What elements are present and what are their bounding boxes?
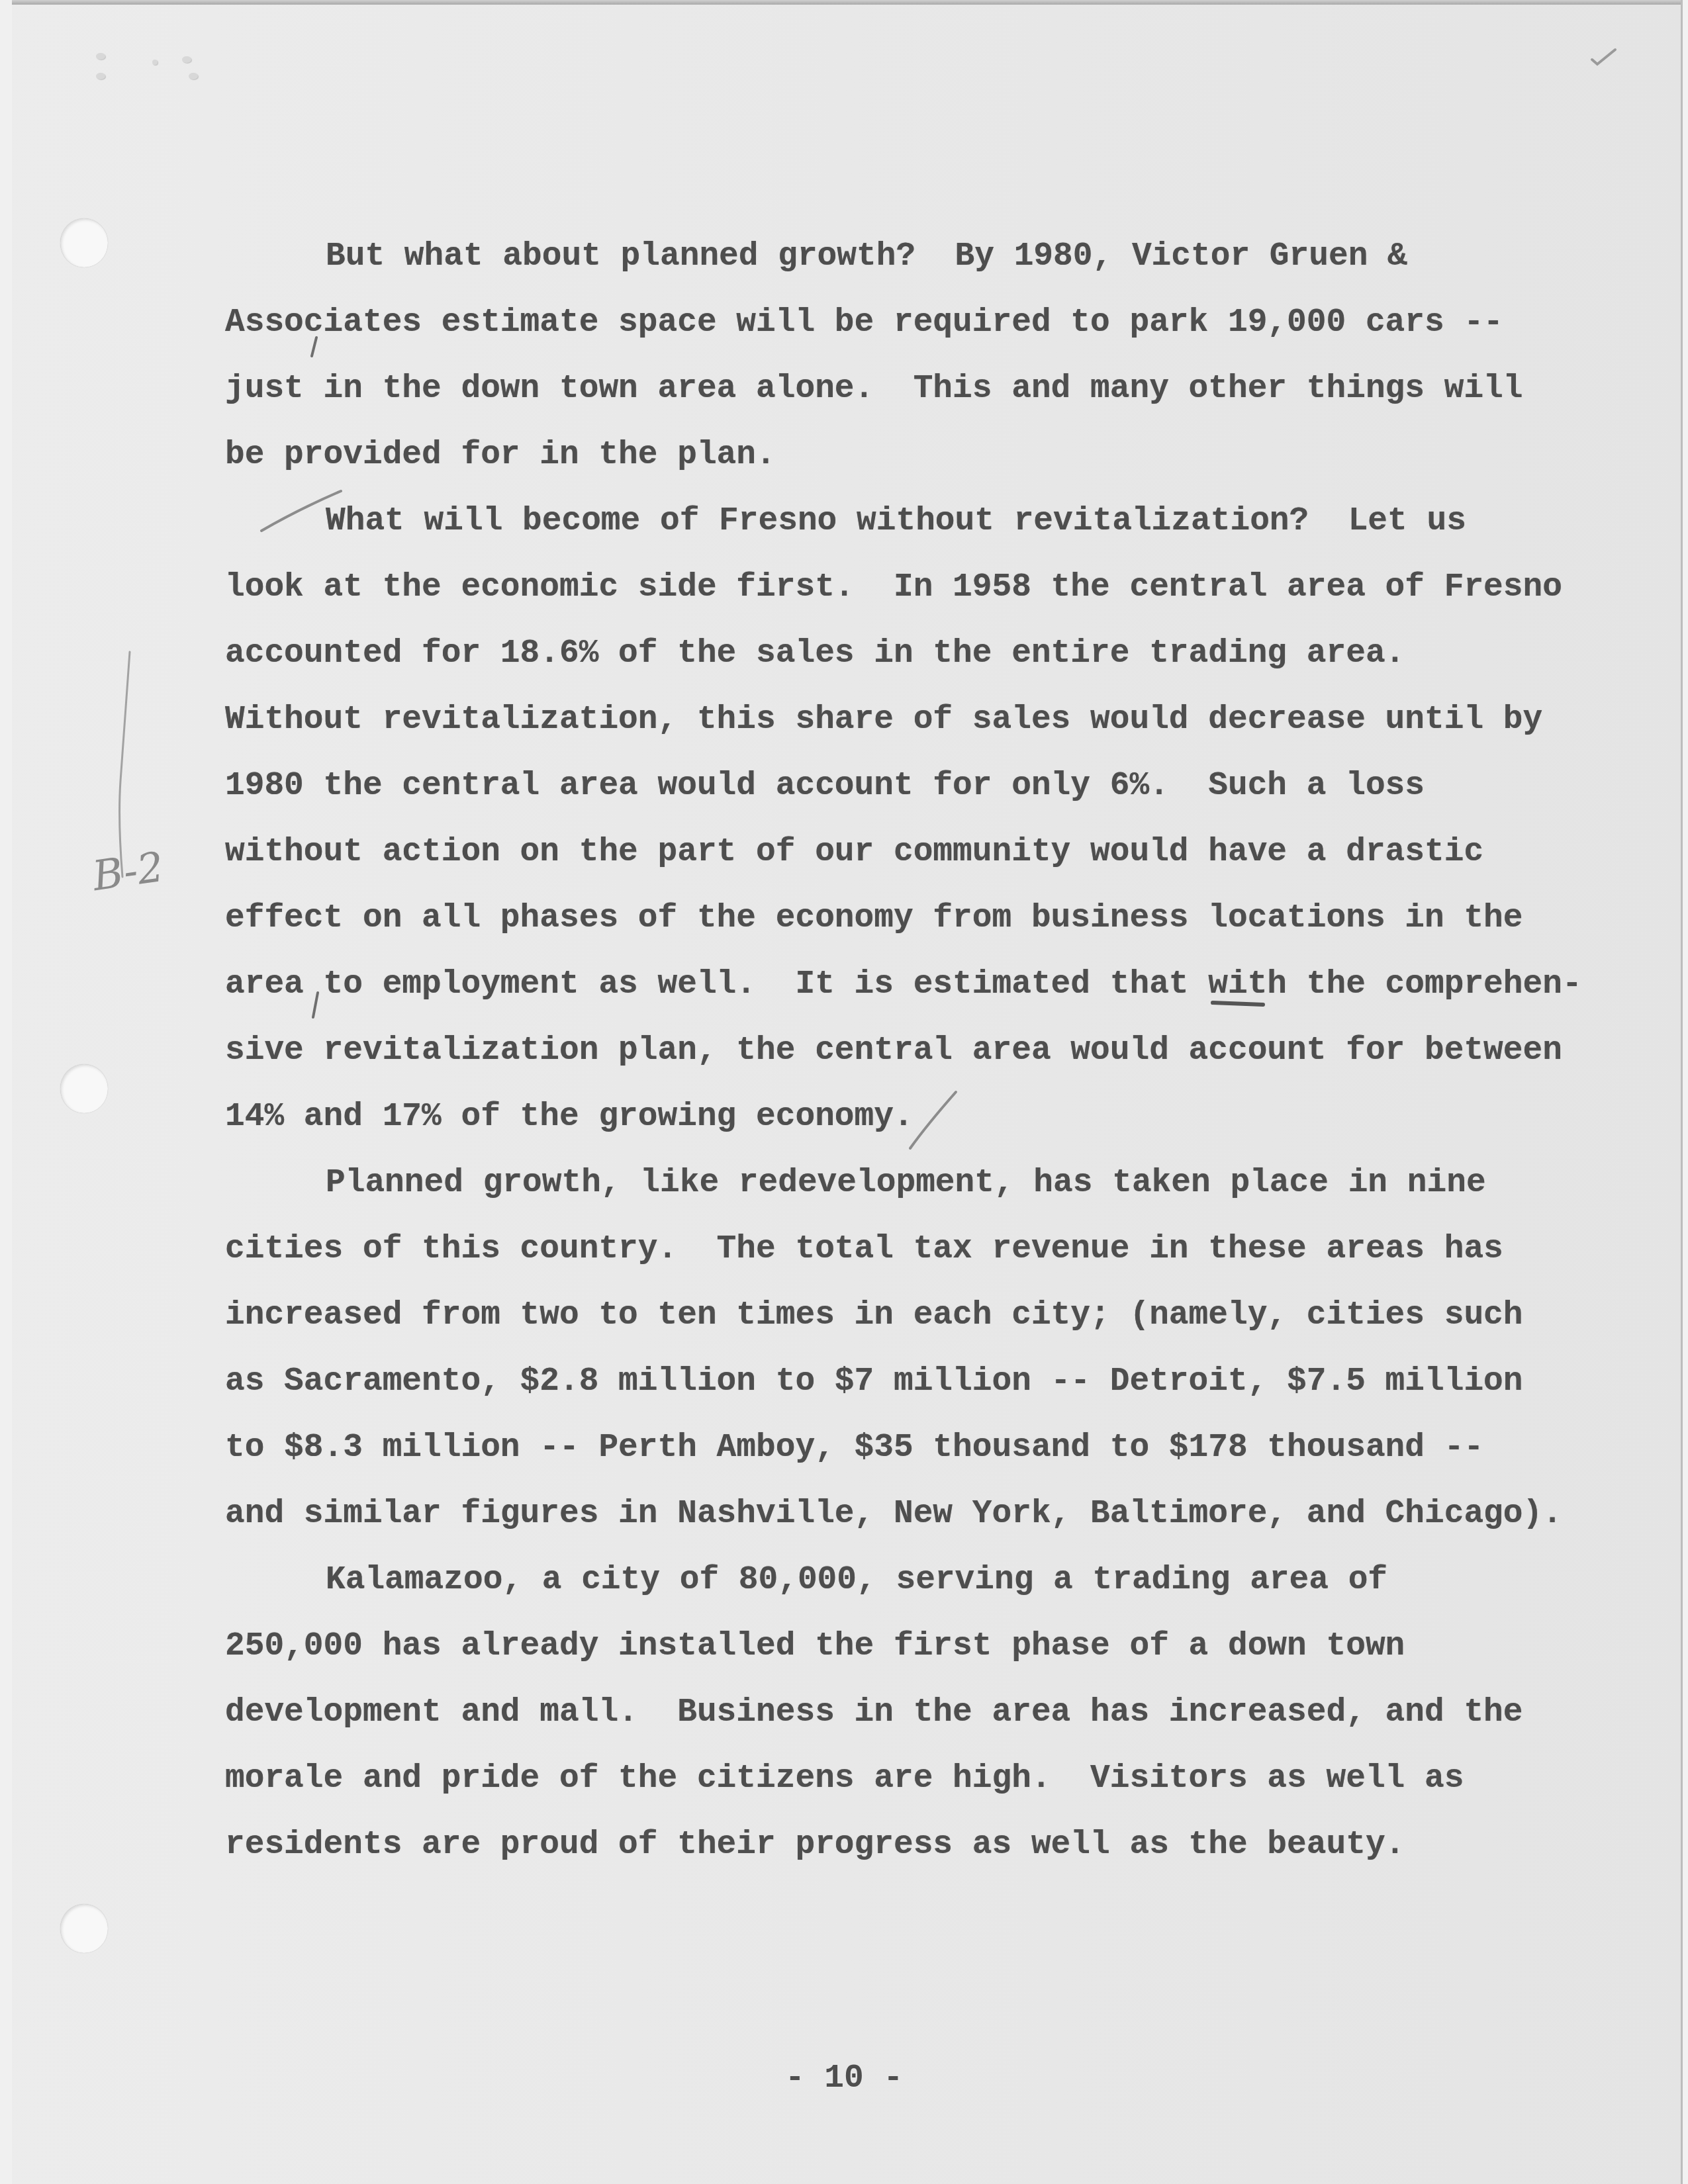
check-mark-icon [1592,50,1615,64]
text-line: cities of this country. The total tax re… [225,1216,1503,1282]
text-line: look at the economic side first. In 1958… [225,554,1562,620]
scanned-page: But what about planned growth? By 1980, … [0,0,1688,2184]
text-line: Associates estimate space will be requir… [225,289,1503,355]
page-top-edge [0,0,1688,5]
staple-mark [96,73,105,79]
text-line: 250,000 has already installed the first … [225,1613,1405,1679]
text-line: 14% and 17% of the growing economy. [225,1083,914,1150]
text-line: to $8.3 million -- Perth Amboy, $35 thou… [225,1414,1483,1480]
text-line: just in the down town area alone. This a… [225,355,1523,422]
hole-punch [60,1064,108,1113]
text-line: accounted for 18.6% of the sales in the … [225,620,1405,686]
text-line: and similar figures in Nashville, New Yo… [225,1480,1562,1547]
text-line: be provided for in the plan. [225,422,776,488]
hole-punch [60,218,108,267]
page-left-edge [0,0,12,2184]
text-line: 1980 the central area would account for … [225,752,1425,819]
text-line: sive revitalization plan, the central ar… [225,1017,1562,1083]
text-line: development and mall. Business in the ar… [225,1679,1523,1745]
text-line: Without revitalization, this share of sa… [225,686,1542,752]
page-right-margin [1683,0,1688,2184]
text-line: without action on the part of our commun… [225,819,1483,885]
margin-note-handwritten: B-2 [89,842,166,900]
page-number: - 10 - [0,2045,1688,2111]
staple-mark [96,53,105,60]
staple-mark [189,73,198,79]
text-line: as Sacramento, $2.8 million to $7 millio… [225,1348,1523,1414]
staple-mark [152,60,158,65]
text-line: residents are proud of their progress as… [225,1811,1405,1878]
text-line: Planned growth, like redevelopment, has … [326,1150,1486,1216]
margin-bracket-icon [120,652,130,877]
text-line: area to employment as well. It is estima… [225,951,1582,1017]
paragraph-end-mark-icon [910,1092,956,1148]
text-line: Kalamazoo, a city of 80,000, serving a t… [326,1547,1387,1613]
text-line: morale and pride of the citizens are hig… [225,1745,1464,1811]
page-right-edge [1681,0,1683,2184]
staple-mark [182,56,191,63]
hole-punch [60,1904,108,1953]
text-line: increased from two to ten times in each … [225,1282,1523,1348]
text-line: But what about planned growth? By 1980, … [326,223,1407,289]
text-line: effect on all phases of the economy from… [225,885,1523,951]
text-line: What will become of Fresno without revit… [326,488,1466,554]
